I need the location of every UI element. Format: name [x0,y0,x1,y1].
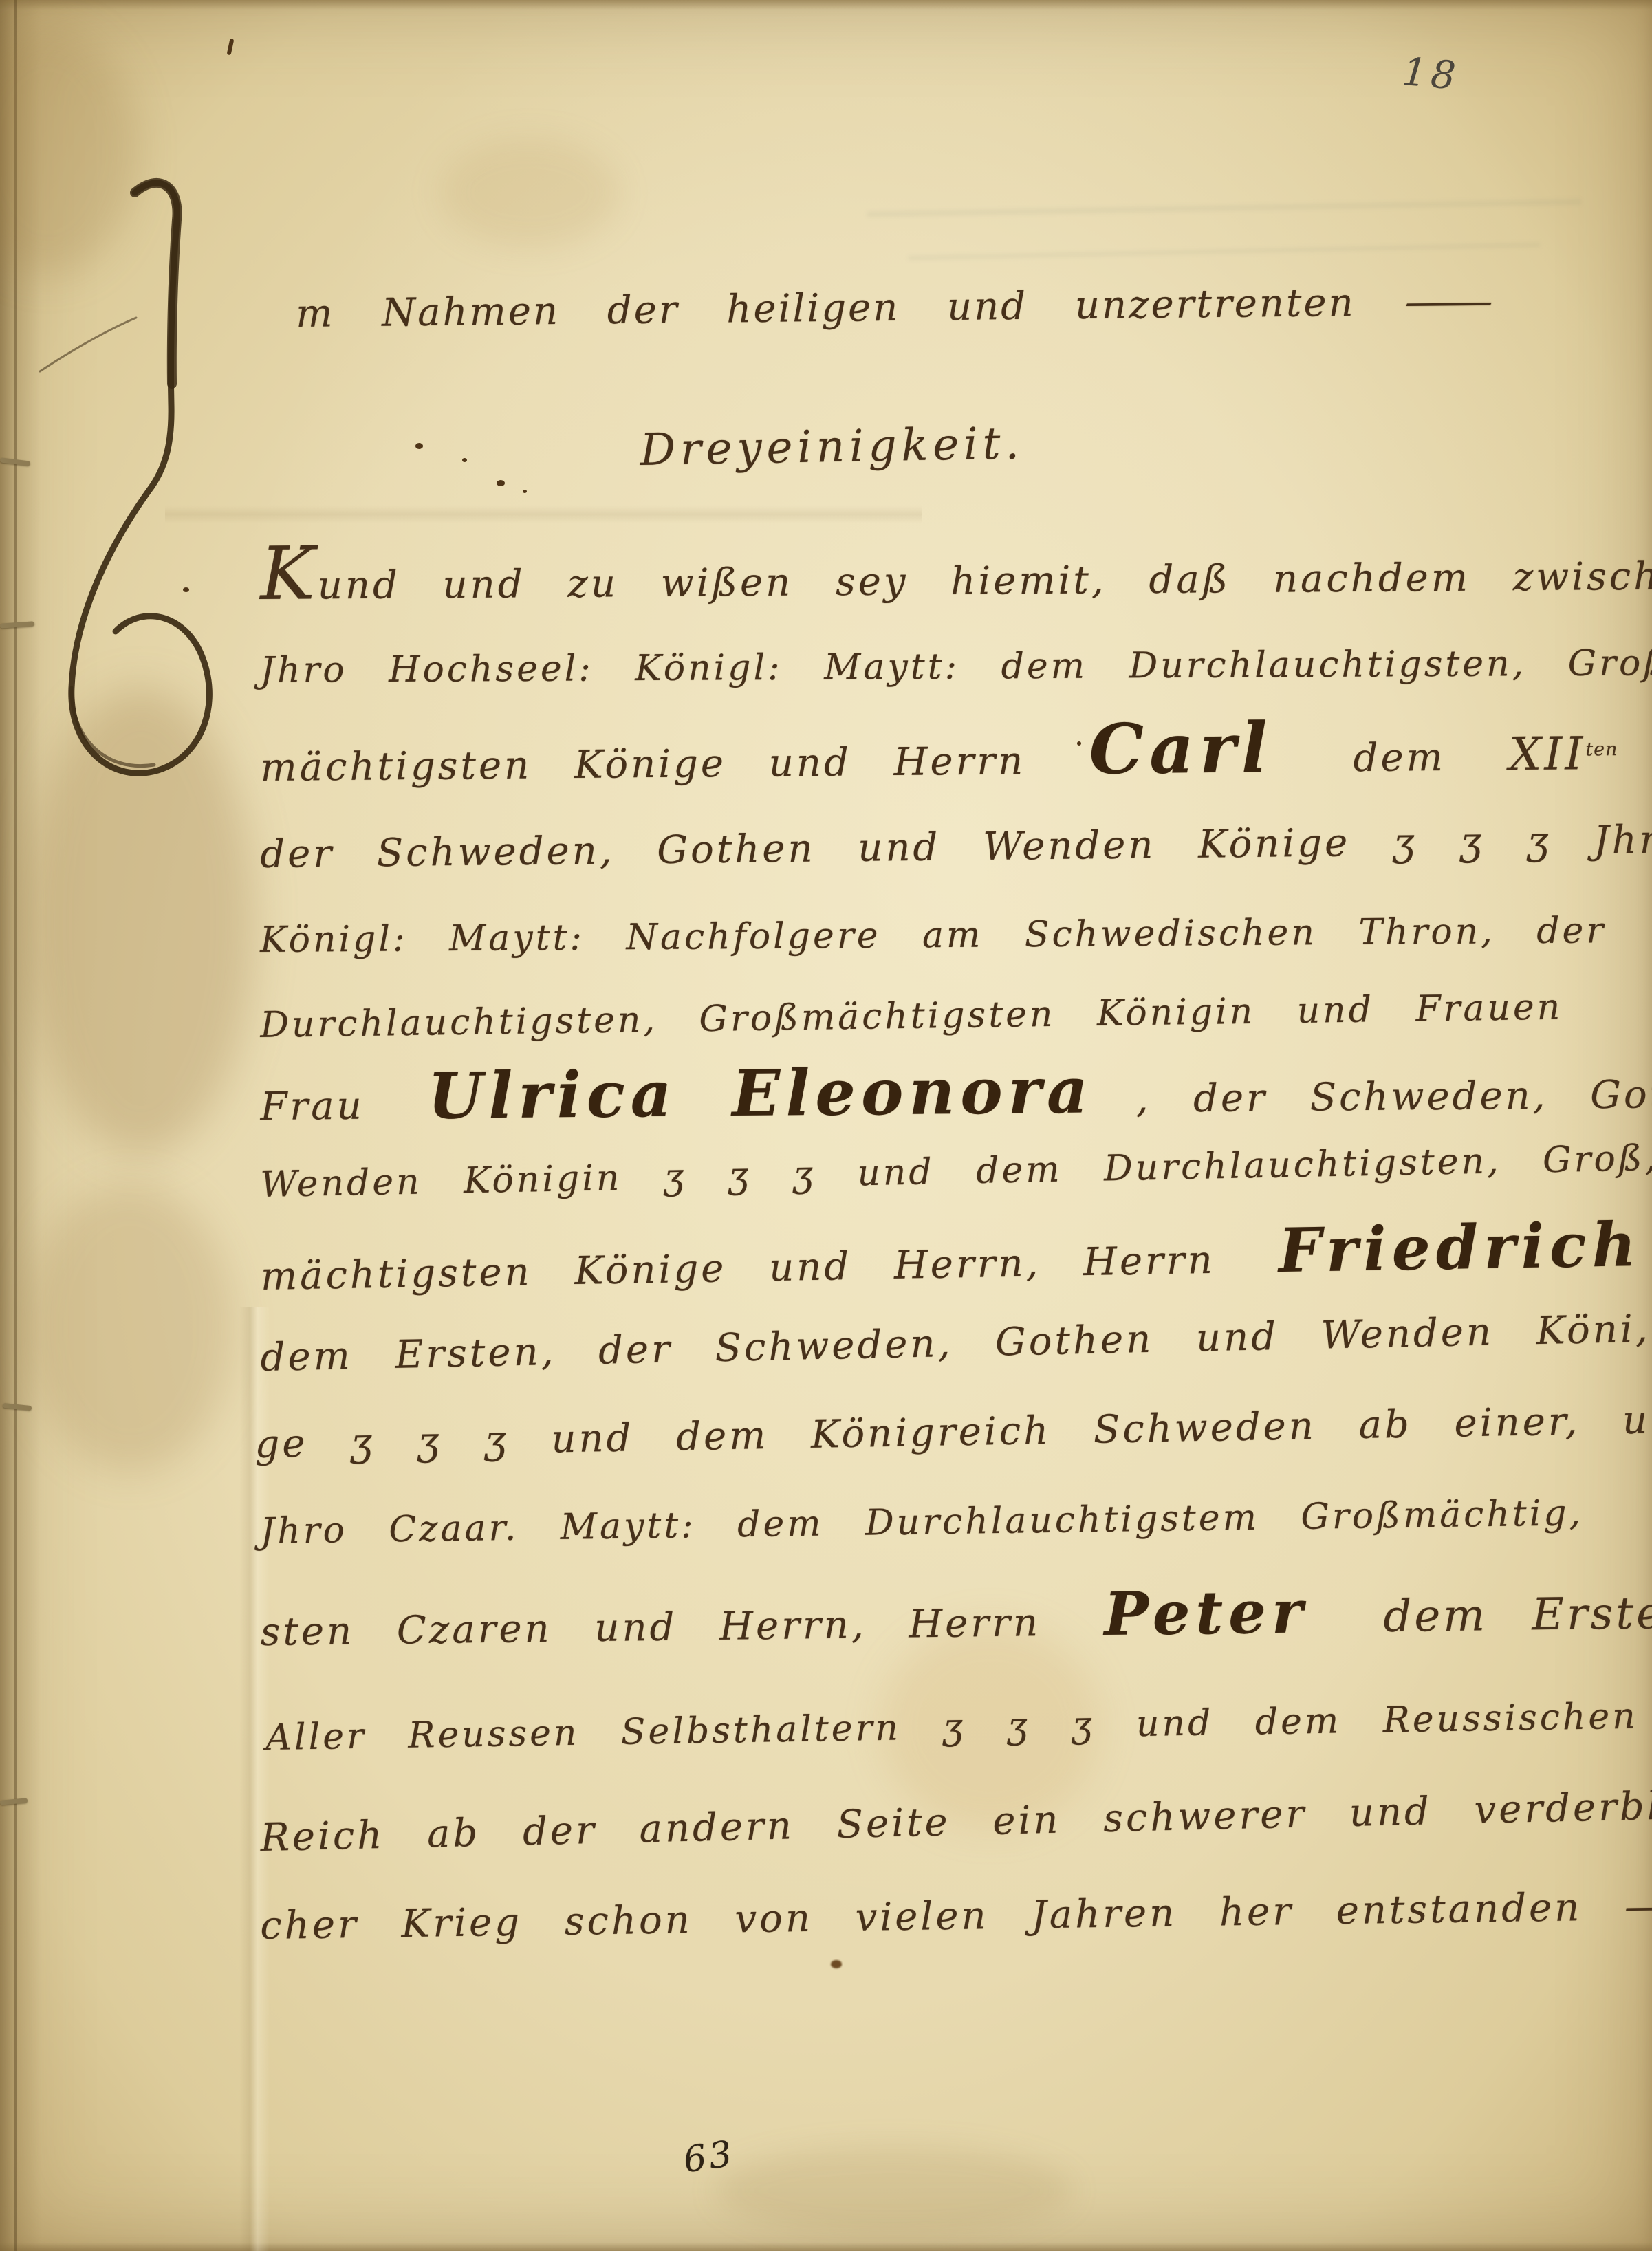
page-top-edge [0,0,1652,10]
royal-name-peter: Peter [1104,1577,1309,1649]
stain-bottom-center [715,2146,1073,2235]
line-segment: , der Schweden, Gothen und [1135,1071,1652,1122]
regnal-numeral: XII [1509,727,1586,781]
line-segment: mächtigsten Könige und Herrn [260,739,1025,790]
line-segment: sten Czaren und Herrn, Herrn [260,1600,1041,1655]
ink-speck [523,490,527,493]
heading-line-2: Dreyeinigkeit. [640,418,1024,476]
manuscript-line: Durchlauchtigsten, Großmächtigsten König… [260,989,1563,1045]
stain-top-center [440,138,619,248]
heading-line-1: m Nahmen der heiligen und unzertrenten — [296,280,1444,336]
line-segment: Frau [260,1084,365,1129]
manuscript-page: 18 m Nahmen der heiligen und unzertrente… [0,0,1652,2251]
royal-name-ulrica-eleonora: Ulrica Eleonora [428,1053,1094,1133]
heading-line-1-text: m Nahmen der heiligen und unzertrenten [296,281,1356,336]
royal-name-friedrich: Friedrich [1278,1208,1642,1286]
royal-name-carl: Carl [1089,707,1273,790]
ink-speck [415,443,423,449]
heading-line-1-dash: — [1402,279,1500,325]
ink-bleed-through [867,199,1582,217]
initial-letter-J-flourish [32,177,259,796]
manuscript-line: mächtigsten Könige und Herrn Carl dem XI… [260,708,1652,793]
ink-speck [831,1960,842,1968]
line-segment: mächtigsten Könige und Herrn, Herrn [260,1238,1215,1299]
manuscript-line: Frau Ulrica Eleonora , der Schweden, Got… [260,1051,1652,1131]
regnal-ordinal-suffix: ten [1585,739,1618,760]
manuscript-line: der Schweden, Gothen und Wenden Könige ʒ… [260,820,1652,876]
line-segment: dem Ersten [1383,1587,1652,1642]
horizontal-crease [165,505,922,523]
manuscript-line: mächtigsten Könige und Herrn, Herrn Frie… [260,1213,1642,1300]
page-number-top: 18 [1400,50,1461,99]
manuscript-line: Kund und zu wißen sey hiemit, daß nachde… [260,544,1652,607]
manuscript-line: dem Ersten, der Schweden, Gothen und Wen… [260,1309,1651,1379]
manuscript-line: Königl: Maytt: Nachfolgere am Schwedisch… [260,912,1606,959]
manuscript-line: cher Krieg schon von vielen Jahren her e… [260,1886,1652,1946]
manuscript-line: Jhro Czaar. Maytt: dem Durchlauchtigstem… [260,1494,1583,1550]
ink-speck [227,39,235,56]
ink-bleed-through [908,242,1541,260]
manuscript-line: ge ʒ ʒ ʒ und dem Königreich Schweden ab … [254,1400,1652,1466]
stain-left-margin-lower [28,1183,234,1472]
ink-speck [497,480,505,486]
manuscript-line: Wenden Königin ʒ ʒ ʒ und dem Durchlaucht… [260,1140,1652,1204]
manuscript-line: sten Czaren und Herrn, Herrn Peter dem E… [260,1576,1652,1656]
line-segment: dem [1353,735,1446,781]
ink-speck [462,458,467,462]
page-number-bottom: 63 [681,2133,737,2182]
manuscript-line: Jhro Hochseel: Königl: Maytt: dem Durchl… [260,644,1652,689]
binding-edge-line [14,0,17,2251]
